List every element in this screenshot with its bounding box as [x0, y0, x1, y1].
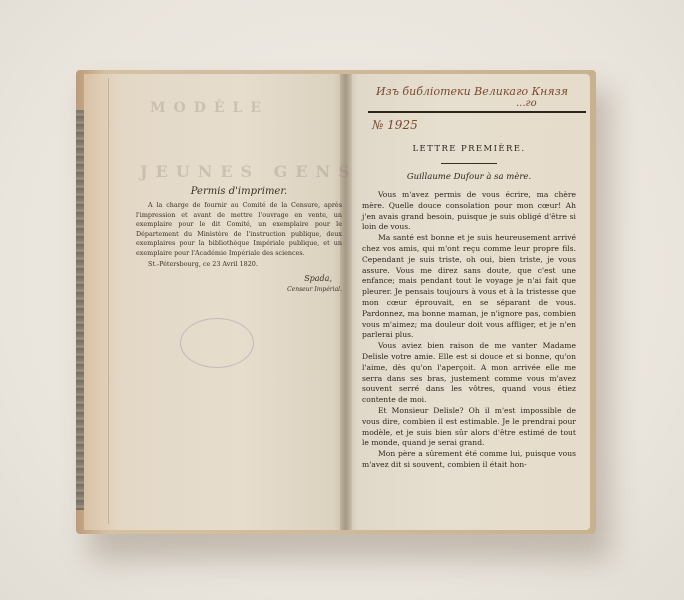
flyleaf-edge	[108, 78, 109, 524]
header-rule	[368, 111, 586, 113]
letter-text: LETTRE PREMIÈRE. Guillaume Dufour à sa m…	[362, 144, 576, 471]
left-page	[84, 74, 346, 530]
paragraph: Vous m'avez permis de vous écrire, ma ch…	[362, 190, 576, 233]
imprimatur-place-date: St.-Pétersbourg, ce 23 Avril 1820.	[148, 260, 342, 268]
bleed-through-title: MODÈLE	[150, 100, 269, 116]
paragraph: Et Monsieur Delisle? Oh il m'est impossi…	[362, 406, 576, 449]
handwritten-catalog-number: № 1925	[372, 118, 418, 132]
marbled-cover-edge	[76, 110, 84, 510]
book-gutter	[340, 74, 352, 530]
heading-rule	[441, 163, 497, 164]
paragraph: Ma santé est bonne et je suis heureuseme…	[362, 233, 576, 341]
bleed-through-subtitle: JEUNES GENS	[140, 162, 358, 181]
censor-signature: Spada,	[136, 274, 332, 283]
letter-salutation: Guillaume Dufour à sa mère.	[362, 172, 576, 182]
censor-role: Censeur Impérial.	[136, 286, 342, 293]
handwritten-note-tail: ...го	[516, 98, 596, 110]
imprimatur-body: A la charge de fournir au Comité de la C…	[136, 201, 342, 259]
paragraph: Mon père a sûrement été comme lui, puisq…	[362, 449, 576, 471]
imprimatur-title: Permis d'imprimer.	[136, 186, 342, 197]
library-stamp	[180, 318, 254, 368]
imprimatur-block: Permis d'imprimer. A la charge de fourni…	[136, 186, 342, 293]
handwritten-provenance-note: Изъ библіотеки Великаго Князя ...го	[376, 86, 596, 110]
handwritten-note-line: Изъ библіотеки Великаго Князя	[376, 86, 596, 98]
paragraph: Vous aviez bien raison de me vanter Mada…	[362, 341, 576, 406]
letter-heading: LETTRE PREMIÈRE.	[362, 144, 576, 154]
